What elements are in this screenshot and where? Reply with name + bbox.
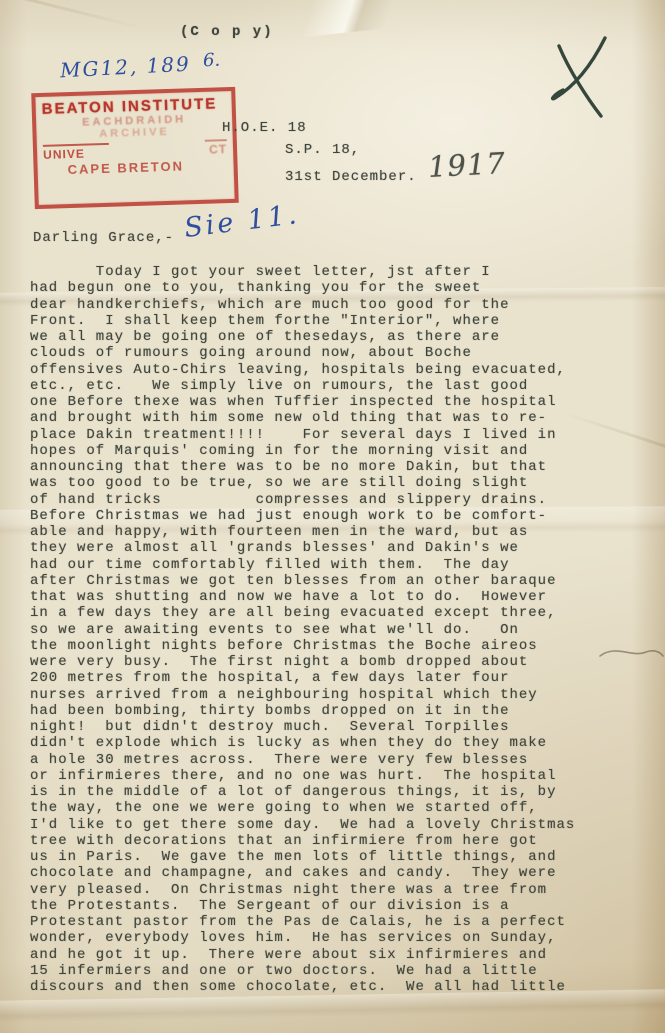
header-sector: S.P. 18, (285, 142, 360, 158)
letter-page: (C o p y) MG12, 189 6. BEATON INSTITUTE … (0, 0, 665, 1033)
stamp-university-fragment-left: UNIVE (43, 147, 85, 162)
paper-crease (0, 0, 146, 30)
paper-crease (253, 0, 446, 42)
archive-item-handwriting: 6. (203, 50, 221, 72)
paper-crease (562, 412, 665, 452)
archive-ref-handwriting: MG12, 189 (59, 52, 191, 83)
stamp-university-fragment-right: CT (209, 142, 227, 157)
header-date: 31st December. (285, 169, 417, 185)
x-mark-icon (543, 28, 617, 126)
copy-heading: (C o p y) (180, 24, 274, 40)
salutation: Darling Grace,- (33, 230, 174, 246)
letter-body: Today I got your sweet letter, jst after… (30, 264, 575, 995)
year-handwriting: 1917 (427, 146, 506, 184)
paper-tear-mark (598, 636, 664, 670)
header-unit: H.O.E. 18 (222, 120, 307, 136)
inspection-note-handwriting: Sie 11. (183, 199, 302, 244)
beaton-institute-stamp: BEATON INSTITUTE EACHDRAIDH ARCHIVE UNIV… (31, 87, 239, 209)
